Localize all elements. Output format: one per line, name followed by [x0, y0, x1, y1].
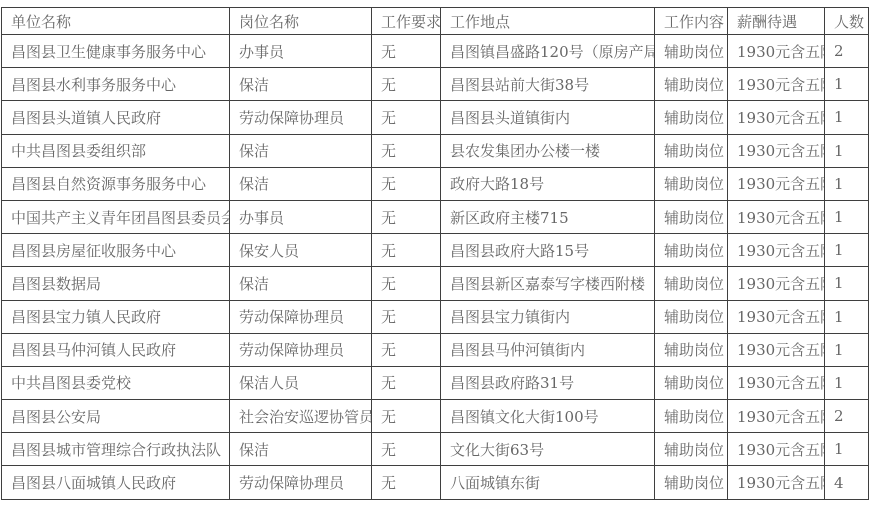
cell-content: 辅助岗位 — [655, 333, 728, 366]
cell-req: 无 — [372, 466, 441, 499]
cell-loc: 政府大路18号 — [441, 167, 655, 200]
table-row: 昌图县马仲河镇人民政府劳动保障协理员无昌图县马仲河镇街内辅助岗位1930元含五险… — [2, 333, 869, 366]
column-header-content: 工作内容 — [655, 8, 728, 35]
cell-salary: 1930元含五险 — [728, 400, 825, 433]
cell-position: 办事员 — [230, 35, 372, 68]
cell-loc: 昌图县头道镇街内 — [441, 101, 655, 134]
cell-count: 1 — [825, 234, 869, 267]
cell-req: 无 — [372, 333, 441, 366]
cell-loc: 昌图镇文化大街100号 — [441, 400, 655, 433]
cell-salary: 1930元含五险 — [728, 68, 825, 101]
cell-unit: 昌图县数据局 — [2, 267, 230, 300]
cell-req: 无 — [372, 35, 441, 68]
cell-req: 无 — [372, 101, 441, 134]
cell-loc: 昌图县马仲河镇街内 — [441, 333, 655, 366]
cell-loc: 县农发集团办公楼一楼 — [441, 134, 655, 167]
job-table: 单位名称岗位名称工作要求工作地点工作内容薪酬待遇人数 昌图县卫生健康事务服务中心… — [1, 7, 869, 500]
column-header-position: 岗位名称 — [230, 8, 372, 35]
cell-req: 无 — [372, 68, 441, 101]
cell-req: 无 — [372, 134, 441, 167]
cell-salary: 1930元含五险 — [728, 200, 825, 233]
cell-count: 1 — [825, 101, 869, 134]
cell-count: 1 — [825, 200, 869, 233]
cell-loc: 八面城镇东街 — [441, 466, 655, 499]
cell-content: 辅助岗位 — [655, 200, 728, 233]
cell-salary: 1930元含五险 — [728, 267, 825, 300]
cell-salary: 1930元含五险 — [728, 234, 825, 267]
cell-count: 1 — [825, 134, 869, 167]
table-row: 昌图县自然资源事务服务中心保洁无政府大路18号辅助岗位1930元含五险1 — [2, 167, 869, 200]
cell-position: 保洁 — [230, 134, 372, 167]
cell-salary: 1930元含五险 — [728, 366, 825, 399]
cell-position: 保洁人员 — [230, 366, 372, 399]
column-header-count: 人数 — [825, 8, 869, 35]
cell-position: 办事员 — [230, 200, 372, 233]
cell-count: 1 — [825, 300, 869, 333]
table-row: 中国共产主义青年团昌图县委员会办事员无新区政府主楼715辅助岗位1930元含五险… — [2, 200, 869, 233]
cell-position: 保洁 — [230, 167, 372, 200]
cell-unit: 昌图县八面城镇人民政府 — [2, 466, 230, 499]
cell-req: 无 — [372, 234, 441, 267]
cell-position: 劳动保障协理员 — [230, 300, 372, 333]
cell-salary: 1930元含五险 — [728, 466, 825, 499]
cell-position: 社会治安巡逻协管员 — [230, 400, 372, 433]
cell-content: 辅助岗位 — [655, 167, 728, 200]
table-row: 昌图县头道镇人民政府劳动保障协理员无昌图县头道镇街内辅助岗位1930元含五险1 — [2, 101, 869, 134]
cell-unit: 中共昌图县委党校 — [2, 366, 230, 399]
cell-req: 无 — [372, 433, 441, 466]
cell-req: 无 — [372, 400, 441, 433]
cell-position: 劳动保障协理员 — [230, 466, 372, 499]
cell-loc: 新区政府主楼715 — [441, 200, 655, 233]
cell-content: 辅助岗位 — [655, 400, 728, 433]
table-row: 昌图县数据局保洁无昌图县新区嘉泰写字楼西附楼辅助岗位1930元含五险1 — [2, 267, 869, 300]
cell-position: 保洁 — [230, 68, 372, 101]
cell-salary: 1930元含五险 — [728, 433, 825, 466]
cell-loc: 昌图县政府大路15号 — [441, 234, 655, 267]
table-row: 中共昌图县委组织部保洁无县农发集团办公楼一楼辅助岗位1930元含五险1 — [2, 134, 869, 167]
cell-salary: 1930元含五险 — [728, 101, 825, 134]
cell-req: 无 — [372, 267, 441, 300]
cell-count: 2 — [825, 400, 869, 433]
cell-content: 辅助岗位 — [655, 134, 728, 167]
cell-count: 1 — [825, 167, 869, 200]
cell-count: 1 — [825, 68, 869, 101]
cell-position: 保洁 — [230, 433, 372, 466]
cell-unit: 昌图县马仲河镇人民政府 — [2, 333, 230, 366]
table-row: 昌图县水利事务服务中心保洁无昌图县站前大街38号辅助岗位1930元含五险1 — [2, 68, 869, 101]
cell-count: 2 — [825, 35, 869, 68]
cell-loc: 昌图县站前大街38号 — [441, 68, 655, 101]
cell-loc: 昌图县宝力镇街内 — [441, 300, 655, 333]
cell-req: 无 — [372, 200, 441, 233]
column-header-unit: 单位名称 — [2, 8, 230, 35]
table-row: 昌图县城市管理综合行政执法队保洁无文化大街63号辅助岗位1930元含五险1 — [2, 433, 869, 466]
column-header-req: 工作要求 — [372, 8, 441, 35]
cell-position: 劳动保障协理员 — [230, 333, 372, 366]
cell-count: 1 — [825, 267, 869, 300]
cell-unit: 中国共产主义青年团昌图县委员会 — [2, 200, 230, 233]
cell-loc: 文化大街63号 — [441, 433, 655, 466]
cell-unit: 中共昌图县委组织部 — [2, 134, 230, 167]
cell-count: 1 — [825, 333, 869, 366]
cell-loc: 昌图县新区嘉泰写字楼西附楼 — [441, 267, 655, 300]
cell-salary: 1930元含五险 — [728, 333, 825, 366]
cell-unit: 昌图县自然资源事务服务中心 — [2, 167, 230, 200]
cell-content: 辅助岗位 — [655, 300, 728, 333]
cell-unit: 昌图县宝力镇人民政府 — [2, 300, 230, 333]
cell-unit: 昌图县卫生健康事务服务中心 — [2, 35, 230, 68]
job-listing-page: 单位名称岗位名称工作要求工作地点工作内容薪酬待遇人数 昌图县卫生健康事务服务中心… — [0, 0, 872, 500]
cell-content: 辅助岗位 — [655, 68, 728, 101]
table-row: 昌图县房屋征收服务中心保安人员无昌图县政府大路15号辅助岗位1930元含五险1 — [2, 234, 869, 267]
cell-content: 辅助岗位 — [655, 466, 728, 499]
cell-unit: 昌图县城市管理综合行政执法队 — [2, 433, 230, 466]
cell-loc: 昌图县政府路31号 — [441, 366, 655, 399]
cell-position: 保安人员 — [230, 234, 372, 267]
column-header-salary: 薪酬待遇 — [728, 8, 825, 35]
table-header-row: 单位名称岗位名称工作要求工作地点工作内容薪酬待遇人数 — [2, 8, 869, 35]
cell-unit: 昌图县头道镇人民政府 — [2, 101, 230, 134]
table-row: 昌图县公安局社会治安巡逻协管员无昌图镇文化大街100号辅助岗位1930元含五险2 — [2, 400, 869, 433]
column-header-loc: 工作地点 — [441, 8, 655, 35]
cell-content: 辅助岗位 — [655, 234, 728, 267]
cell-content: 辅助岗位 — [655, 366, 728, 399]
cell-salary: 1930元含五险 — [728, 300, 825, 333]
cell-loc: 昌图镇昌盛路120号（原房产局） — [441, 35, 655, 68]
cell-content: 辅助岗位 — [655, 267, 728, 300]
cell-unit: 昌图县公安局 — [2, 400, 230, 433]
table-row: 昌图县卫生健康事务服务中心办事员无昌图镇昌盛路120号（原房产局）辅助岗位193… — [2, 35, 869, 68]
cell-count: 1 — [825, 433, 869, 466]
cell-content: 辅助岗位 — [655, 101, 728, 134]
cell-req: 无 — [372, 300, 441, 333]
cell-req: 无 — [372, 167, 441, 200]
cell-count: 4 — [825, 466, 869, 499]
cell-count: 1 — [825, 366, 869, 399]
cell-position: 保洁 — [230, 267, 372, 300]
cell-salary: 1930元含五险 — [728, 134, 825, 167]
cell-unit: 昌图县水利事务服务中心 — [2, 68, 230, 101]
cell-position: 劳动保障协理员 — [230, 101, 372, 134]
table-row: 中共昌图县委党校保洁人员无昌图县政府路31号辅助岗位1930元含五险1 — [2, 366, 869, 399]
table-row: 昌图县八面城镇人民政府劳动保障协理员无八面城镇东街辅助岗位1930元含五险4 — [2, 466, 869, 499]
cell-content: 辅助岗位 — [655, 35, 728, 68]
cell-unit: 昌图县房屋征收服务中心 — [2, 234, 230, 267]
cell-req: 无 — [372, 366, 441, 399]
table-row: 昌图县宝力镇人民政府劳动保障协理员无昌图县宝力镇街内辅助岗位1930元含五险1 — [2, 300, 869, 333]
cell-salary: 1930元含五险 — [728, 167, 825, 200]
cell-salary: 1930元含五险 — [728, 35, 825, 68]
cell-content: 辅助岗位 — [655, 433, 728, 466]
